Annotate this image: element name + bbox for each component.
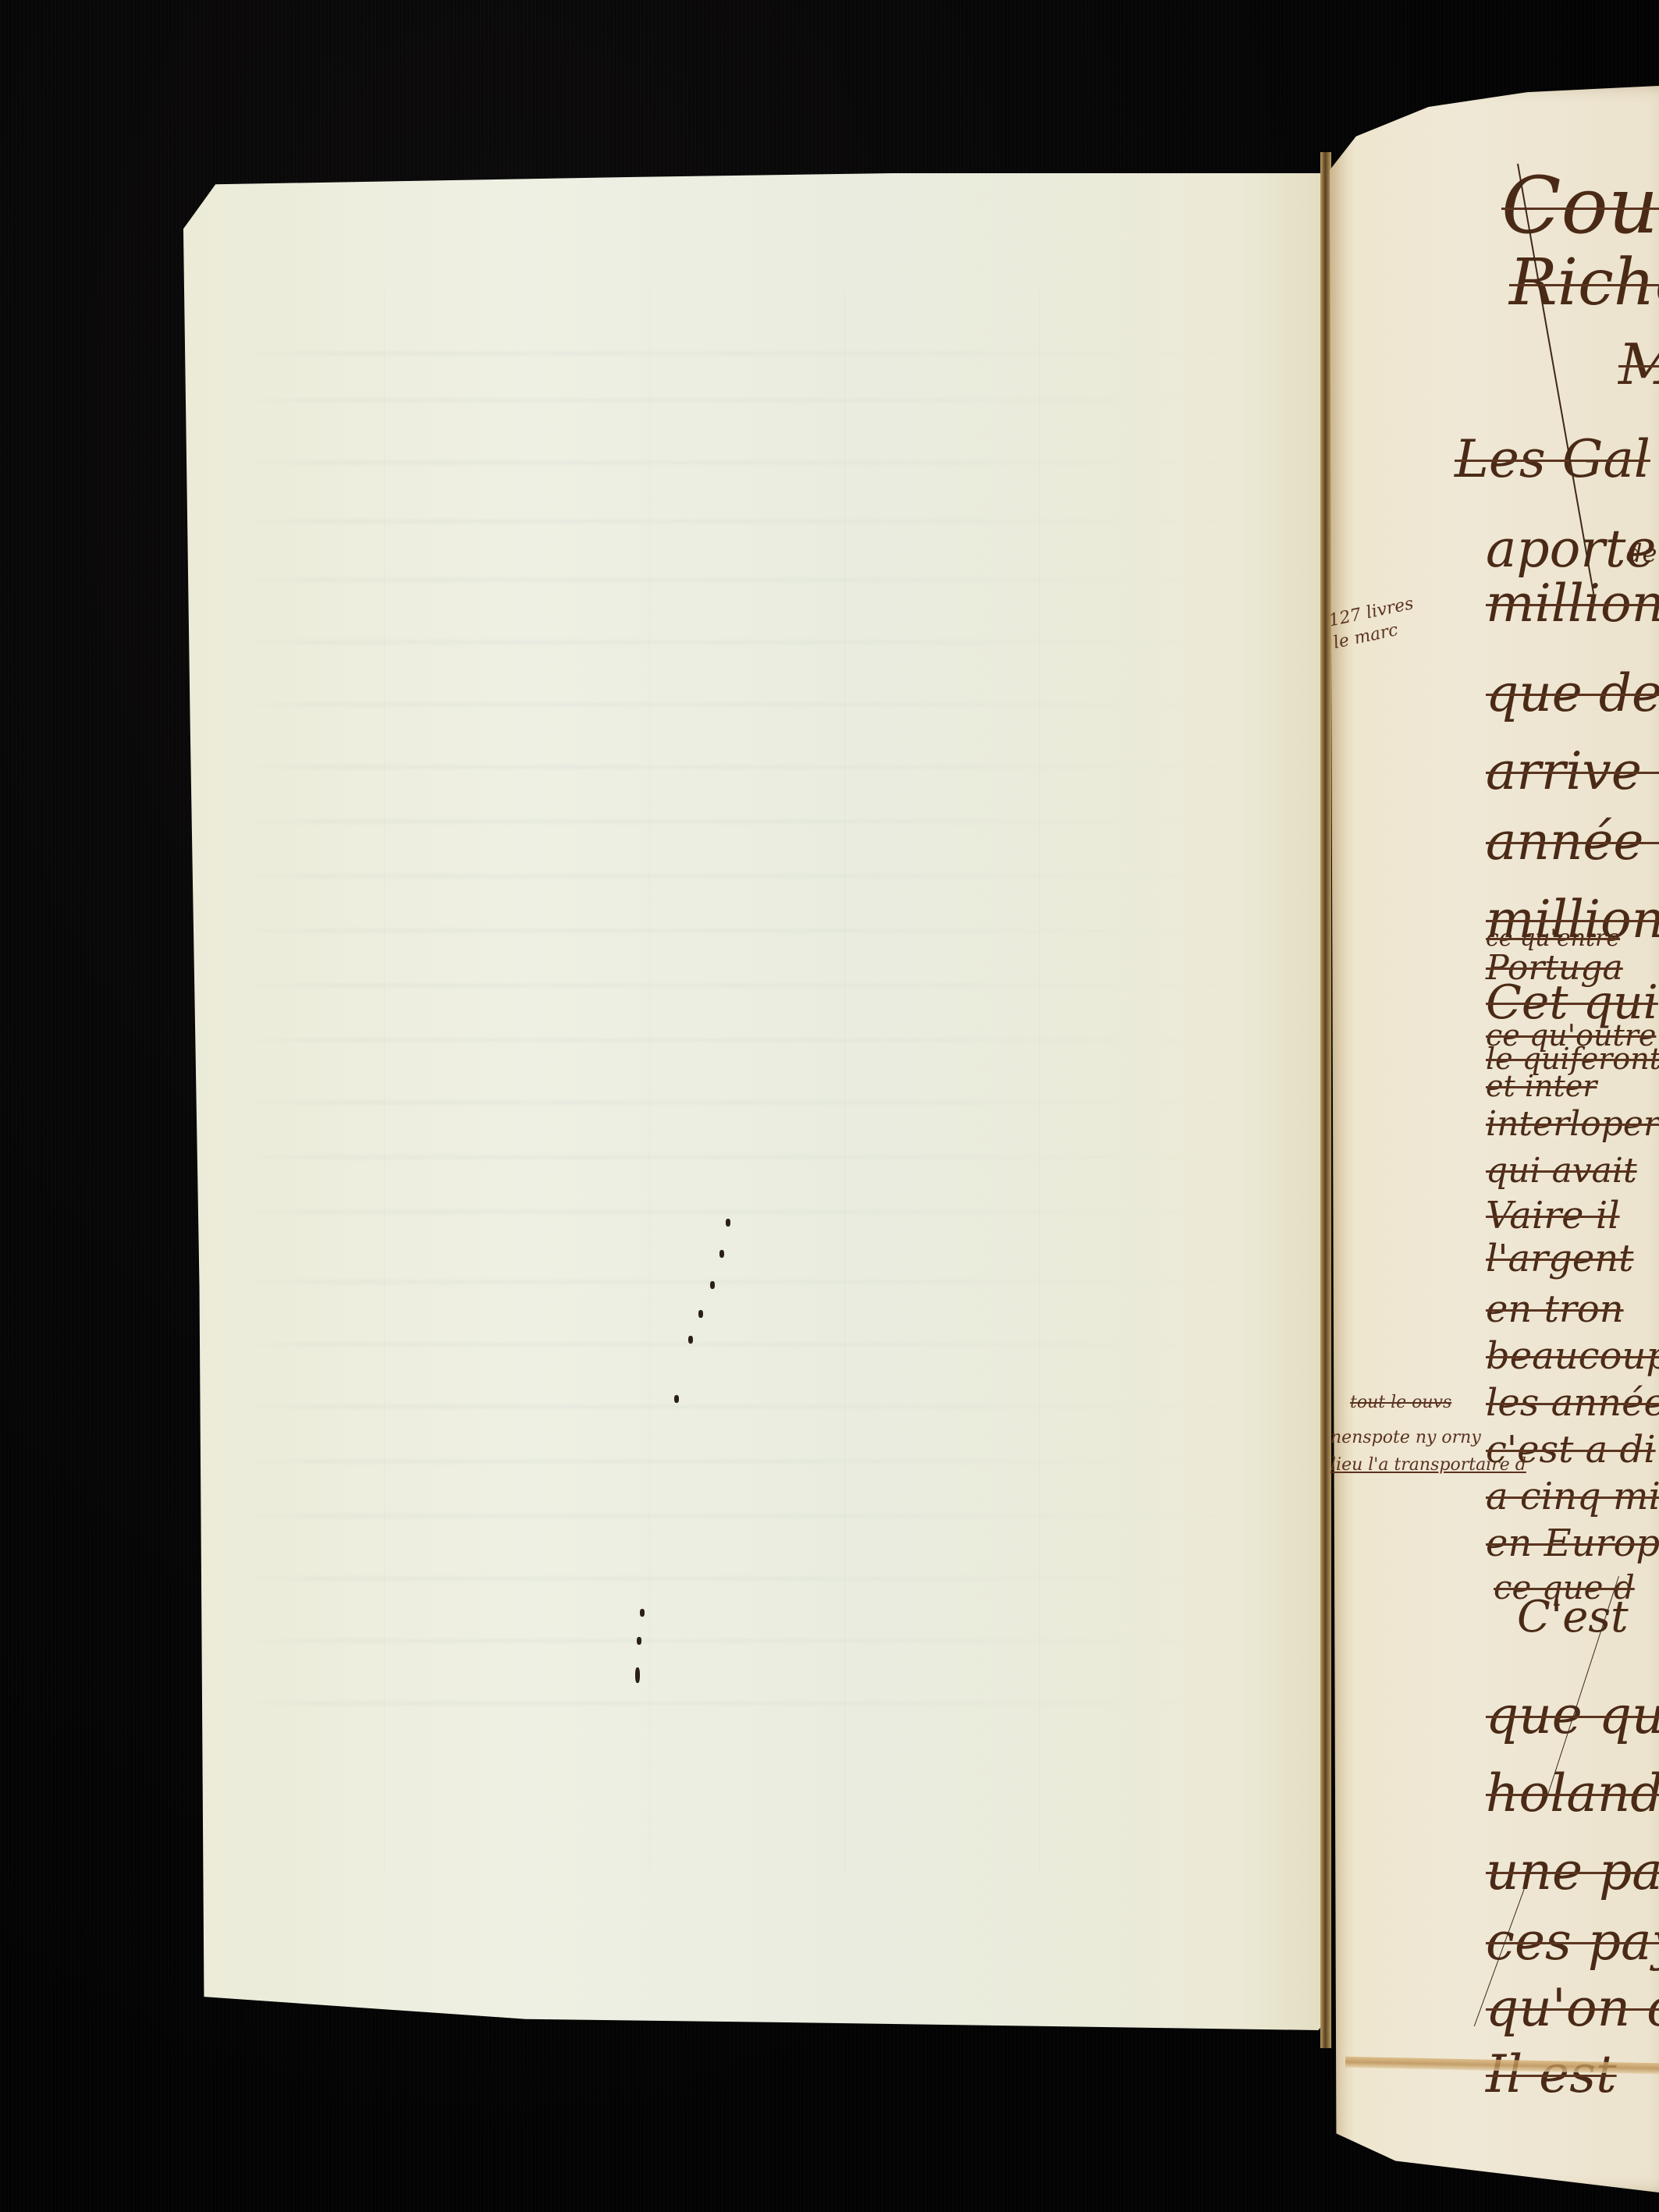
bleed-through-line — [236, 930, 1236, 932]
bleed-through-line — [236, 985, 1236, 986]
manuscript-line: en tron — [1486, 1287, 1624, 1331]
manuscript-line: année e — [1486, 811, 1659, 872]
bleed-through-line — [236, 641, 1236, 643]
bleed-through-line — [236, 1156, 1236, 1158]
chain-line — [649, 290, 650, 1874]
bleed-through-line — [236, 399, 1236, 401]
manuscript-line: les années d — [1486, 1381, 1659, 1425]
bleed-through-line — [236, 1515, 1236, 1517]
ink-speck — [726, 1219, 730, 1227]
manuscript-line: de — [1626, 538, 1657, 568]
margin-note: nenspote ny orny — [1330, 1428, 1481, 1447]
bleed-through-line — [236, 1211, 1236, 1213]
bleed-through-line — [236, 1344, 1236, 1345]
bleed-through-line — [236, 875, 1236, 877]
book-gutter — [1320, 152, 1331, 2048]
manuscript-line: Les Gal — [1455, 429, 1650, 489]
right-page-recto: Couri Riche M Les Gal aportent de millio… — [1330, 86, 1659, 2192]
chain-line — [384, 290, 385, 1874]
manuscript-line: que deux — [1486, 663, 1659, 723]
ink-speck — [635, 1667, 640, 1683]
bleed-through-line — [236, 1578, 1236, 1579]
manuscript-line: Il est — [1486, 2044, 1617, 2104]
manuscript-line: interlopers — [1486, 1104, 1659, 1144]
ink-speck — [719, 1250, 724, 1258]
manuscript-line: une parti — [1486, 1841, 1659, 1901]
manuscript-line: beaucoup — [1486, 1334, 1659, 1378]
margin-note: tout le ouvs — [1350, 1393, 1451, 1412]
heading-line: M — [1618, 332, 1659, 397]
ink-speck — [710, 1281, 715, 1289]
margin-note: lieu l'a transportaire d — [1330, 1455, 1526, 1475]
manuscript-line: et inter — [1486, 1069, 1597, 1103]
bleed-through-line — [236, 1702, 1236, 1704]
bleed-through-line — [236, 462, 1236, 463]
ink-speck — [637, 1637, 641, 1645]
bleed-through-line — [236, 821, 1236, 822]
ink-speck — [698, 1310, 703, 1318]
manuscript-line: en Europe — [1486, 1521, 1659, 1565]
bleed-through-line — [236, 1461, 1236, 1462]
bleed-through-line — [236, 353, 1236, 354]
bleed-through-line — [236, 766, 1236, 768]
bleed-through-line — [236, 1102, 1236, 1103]
manuscript-line: arrive p — [1486, 741, 1659, 801]
ink-speck — [674, 1395, 679, 1403]
bleed-through-line — [236, 520, 1236, 522]
bleed-through-line — [236, 1406, 1236, 1408]
manuscript-line: qu'on on — [1486, 1978, 1659, 2038]
bleed-through-line — [236, 1039, 1236, 1041]
chain-line — [844, 290, 845, 1874]
left-page-verso — [181, 173, 1330, 2030]
manuscript-line: holandois — [1486, 1763, 1659, 1823]
manuscript-line: qui avait — [1486, 1151, 1637, 1191]
manuscript-line: a cinq mi — [1486, 1475, 1659, 1518]
heading-line: Riche — [1509, 246, 1659, 320]
manuscript-line: Vaire il — [1486, 1194, 1620, 1237]
ink-speck — [688, 1336, 693, 1344]
manuscript-line: l'argent — [1486, 1237, 1633, 1280]
chain-line — [1039, 290, 1040, 1874]
bleed-through-line — [236, 579, 1236, 581]
manuscript-line: millions d — [1486, 573, 1659, 634]
bleed-through-line — [236, 1640, 1236, 1642]
bleed-through-line — [236, 704, 1236, 705]
bleed-through-line — [236, 1281, 1236, 1283]
ink-speck — [640, 1609, 645, 1617]
